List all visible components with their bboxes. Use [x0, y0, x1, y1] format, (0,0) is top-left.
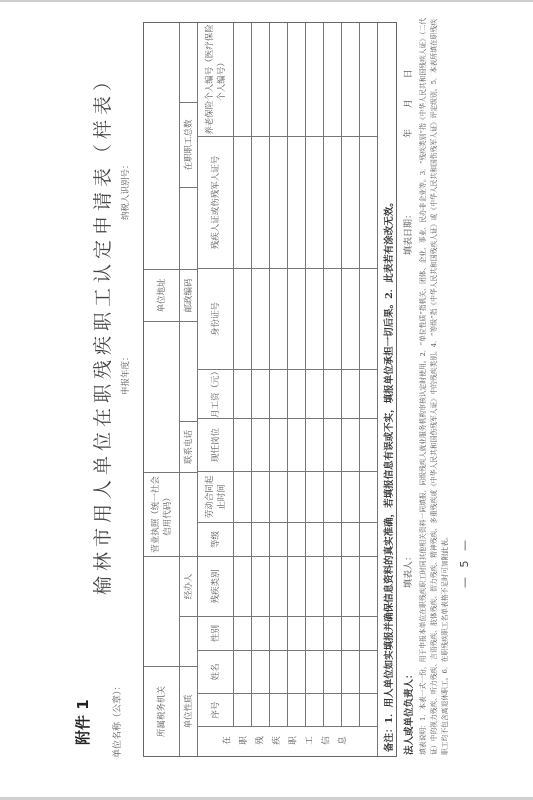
col-disability-cert-number-cell[interactable] — [252, 136, 270, 268]
contact-person-label: 经办人 — [180, 556, 198, 616]
legal-representative-label: 法人或单位负责人： — [401, 669, 415, 755]
taxpayer-id-label: 纳税人识别号： — [119, 160, 131, 220]
unit-type-label: 单位性质 — [180, 666, 198, 756]
col-monthly-salary-cell[interactable] — [342, 369, 360, 418]
col-pension-number-header: 养老保险个人编号（医疗保险个人编号） — [198, 23, 234, 136]
col-grade-cell[interactable] — [360, 522, 378, 556]
total-employees-field[interactable] — [180, 23, 198, 102]
col-monthly-salary-cell[interactable] — [270, 369, 288, 418]
col-contract-period-header: 劳动合同起止时间 — [198, 471, 234, 522]
col-monthly-salary-cell[interactable] — [306, 369, 324, 418]
col-grade-cell[interactable] — [270, 522, 288, 556]
col-position-cell[interactable] — [324, 418, 342, 471]
col-id-number-cell[interactable] — [324, 268, 342, 369]
document-title: 榆林市用人单位在职残疾职工认定申请表（样表） — [88, 67, 115, 595]
col-id-number-cell[interactable] — [306, 268, 324, 369]
col-disability-cert-number-header: 残疾人证或伤残军人证号 — [198, 136, 234, 268]
col-disability-type-cell[interactable] — [324, 556, 342, 616]
col-grade-cell[interactable] — [252, 522, 270, 556]
col-grade-cell[interactable] — [306, 522, 324, 556]
col-gender-cell[interactable] — [360, 616, 378, 650]
col-serial-cell[interactable] — [270, 693, 288, 726]
col-position-cell[interactable] — [252, 418, 270, 471]
col-gender-cell[interactable] — [288, 616, 306, 650]
attachment-label: 附件 1 — [72, 699, 93, 745]
col-contract-period-cell[interactable] — [306, 471, 324, 522]
col-name-cell[interactable] — [324, 650, 342, 693]
col-monthly-salary-cell[interactable] — [324, 369, 342, 418]
col-disability-cert-number-cell[interactable] — [360, 136, 378, 268]
page-number: — 5 — — [458, 537, 471, 588]
col-id-number-cell[interactable] — [252, 268, 270, 369]
col-gender-cell[interactable] — [342, 616, 360, 650]
col-contract-period-cell[interactable] — [270, 471, 288, 522]
col-gender-cell[interactable] — [252, 616, 270, 650]
col-contract-period-cell[interactable] — [360, 471, 378, 522]
col-name-cell[interactable] — [234, 650, 252, 693]
col-disability-cert-number-cell[interactable] — [234, 136, 252, 268]
filler-label: 填表人： — [401, 552, 414, 588]
col-name-header: 姓名 — [198, 650, 234, 693]
col-monthly-salary-cell[interactable] — [360, 369, 378, 418]
col-id-number-cell[interactable] — [360, 268, 378, 369]
col-pension-number-cell[interactable] — [234, 23, 252, 136]
col-grade-cell[interactable] — [234, 522, 252, 556]
fill-instructions: 填表说明：1．本表一式一份，用于申报本单位在职残疾职工时同其他相关资料一同填报，… — [418, 15, 451, 755]
application-table: 养老保险个人编号（医疗保险个人编号）残疾人证或伤残军人证号身份证号月工资（元）现… — [143, 22, 397, 757]
col-pension-number-cell[interactable] — [342, 23, 360, 136]
col-position-cell[interactable] — [360, 418, 378, 471]
col-serial-cell[interactable] — [288, 693, 306, 726]
col-position-cell[interactable] — [288, 418, 306, 471]
postal-code-field[interactable] — [180, 187, 198, 269]
col-name-cell[interactable] — [252, 650, 270, 693]
col-serial-cell[interactable] — [306, 693, 324, 726]
col-grade-header: 等级 — [198, 522, 234, 556]
col-pension-number-cell[interactable] — [306, 23, 324, 136]
col-gender-cell[interactable] — [234, 616, 252, 650]
col-grade-cell[interactable] — [288, 522, 306, 556]
col-contract-period-cell[interactable] — [288, 471, 306, 522]
contact-person-field[interactable] — [180, 472, 198, 556]
col-disability-type-cell[interactable] — [288, 556, 306, 616]
unit-address-field[interactable] — [144, 23, 180, 269]
col-id-number-header: 身份证号 — [198, 268, 234, 369]
col-pension-number-cell[interactable] — [270, 23, 288, 136]
col-position-cell[interactable] — [270, 418, 288, 471]
col-serial-header: 序号 — [198, 693, 234, 726]
col-monthly-salary-cell[interactable] — [288, 369, 306, 418]
unit-address-label: 单位地址 — [144, 269, 180, 321]
col-gender-cell[interactable] — [270, 616, 288, 650]
fill-date-label: 填表日期： — [401, 210, 414, 255]
col-contract-period-cell[interactable] — [324, 471, 342, 522]
declaration-year-label: 申报年度： — [119, 352, 131, 395]
col-contract-period-cell[interactable] — [342, 471, 360, 522]
col-id-number-cell[interactable] — [342, 268, 360, 369]
col-disability-type-cell[interactable] — [234, 556, 252, 616]
col-disability-type-header: 残疾类别 — [198, 556, 234, 616]
col-gender-cell[interactable] — [306, 616, 324, 650]
phone-label: 联系电话 — [180, 421, 198, 472]
col-position-header: 现任岗位 — [198, 418, 234, 471]
col-disability-type-cell[interactable] — [270, 556, 288, 616]
col-gender-cell[interactable] — [324, 616, 342, 650]
business-license-field[interactable] — [144, 321, 180, 472]
col-disability-type-cell[interactable] — [360, 556, 378, 616]
col-disability-type-cell[interactable] — [342, 556, 360, 616]
total-employees-label: 在职职工总数 — [180, 102, 198, 187]
col-id-number-cell[interactable] — [288, 268, 306, 369]
col-serial-cell[interactable] — [360, 693, 378, 726]
col-position-cell[interactable] — [234, 418, 252, 471]
col-disability-cert-number-cell[interactable] — [288, 136, 306, 268]
col-serial-cell[interactable] — [234, 693, 252, 726]
col-gender-header: 性别 — [198, 616, 234, 650]
postal-code-label: 邮政编码 — [180, 269, 198, 321]
col-monthly-salary-cell[interactable] — [234, 369, 252, 418]
col-name-cell[interactable] — [342, 650, 360, 693]
business-license-label: 营业执照（统一社会信用代码） — [144, 472, 180, 556]
col-disability-cert-number-cell[interactable] — [324, 136, 342, 268]
col-grade-cell[interactable] — [324, 522, 342, 556]
col-id-number-cell[interactable] — [234, 268, 252, 369]
col-position-cell[interactable] — [306, 418, 324, 471]
col-position-cell[interactable] — [342, 418, 360, 471]
unit-type-field[interactable] — [180, 616, 198, 666]
col-serial-cell[interactable] — [342, 693, 360, 726]
table-remark: 备注：1．用人单位如实填报并确保信息资料的真实准确，若填报信息有误或不实，填报单… — [379, 23, 397, 756]
staff-info-side-label: 在职残疾职工信息 — [198, 726, 378, 756]
col-serial-cell[interactable] — [252, 693, 270, 726]
col-monthly-salary-header: 月工资（元） — [198, 369, 234, 418]
col-name-cell[interactable] — [288, 650, 306, 693]
col-monthly-salary-cell[interactable] — [252, 369, 270, 418]
phone-field[interactable] — [180, 321, 198, 421]
unit-name-label: 单位名称（公章）： — [110, 681, 123, 758]
col-disability-cert-number-cell[interactable] — [306, 136, 324, 268]
col-grade-cell[interactable] — [342, 522, 360, 556]
col-name-cell[interactable] — [270, 650, 288, 693]
col-pension-number-cell[interactable] — [252, 23, 270, 136]
col-name-cell[interactable] — [306, 650, 324, 693]
col-pension-number-cell[interactable] — [324, 23, 342, 136]
col-serial-cell[interactable] — [324, 693, 342, 726]
col-disability-cert-number-cell[interactable] — [342, 136, 360, 268]
col-name-cell[interactable] — [360, 650, 378, 693]
col-id-number-cell[interactable] — [270, 268, 288, 369]
col-disability-type-cell[interactable] — [252, 556, 270, 616]
col-pension-number-cell[interactable] — [288, 23, 306, 136]
col-pension-number-cell[interactable] — [360, 23, 378, 136]
tax-authority-field[interactable] — [144, 556, 180, 666]
col-disability-type-cell[interactable] — [306, 556, 324, 616]
col-contract-period-cell[interactable] — [234, 471, 252, 522]
date-year-month-day: 年 月 日 — [401, 69, 414, 138]
tax-authority-label: 所属税务机关 — [144, 666, 180, 756]
col-disability-cert-number-cell[interactable] — [270, 136, 288, 268]
document-page: 附件 1 单位名称（公章）： 榆林市用人单位在职残疾职工认定申请表（样表） 申报… — [0, 0, 533, 800]
col-contract-period-cell[interactable] — [252, 471, 270, 522]
